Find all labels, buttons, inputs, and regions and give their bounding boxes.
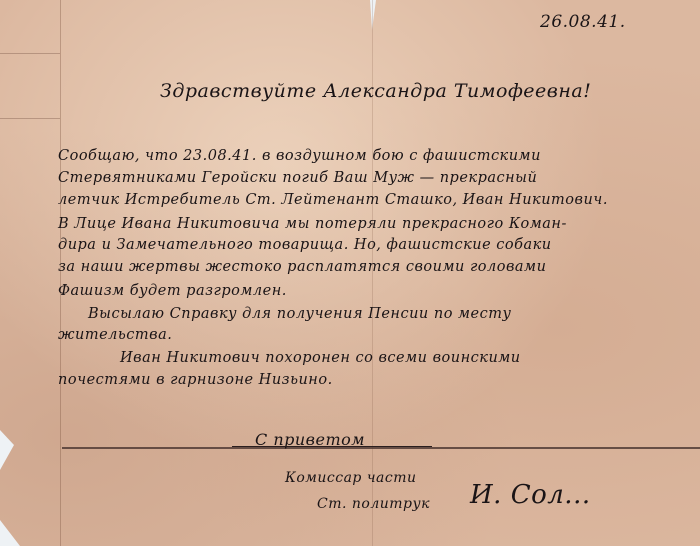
signature: И. Сол... [470,480,591,510]
crease [0,53,60,54]
letter-date: 26.08.41. [540,12,626,32]
body-line: Иван Никитович похоронен со всеми воинск… [120,350,521,366]
body-line: дира и Замечательного товарища. Но, фаши… [58,237,552,253]
signatory-title: Комиссар части [285,470,417,486]
crease [0,118,60,119]
letter-greeting: Здравствуйте Александра Тимофеевна! [160,80,591,102]
fold-line-horizontal [62,447,700,449]
body-line: за наши жертвы жестоко расплатятся своим… [58,259,546,275]
body-line: летчик Истребитель Ст. Лейтенант Сташко,… [58,192,608,208]
body-line: почестями в гарнизоне Низьино. [58,372,333,388]
body-line: жительства. [58,327,172,343]
signatory-rank: Ст. политрук [317,496,430,512]
body-line: Фашизм будет разгромлен. [58,283,287,299]
body-line: В Лице Ивана Никитовича мы потеряли прек… [58,216,567,232]
body-line: Высылаю Справку для получения Пенсии по … [88,306,511,322]
underline [232,446,432,447]
body-line: Стервятниками Геройски погиб Ваш Муж — п… [58,170,537,186]
body-line: Сообщаю, что 23.08.41. в воздушном бою с… [58,148,541,164]
